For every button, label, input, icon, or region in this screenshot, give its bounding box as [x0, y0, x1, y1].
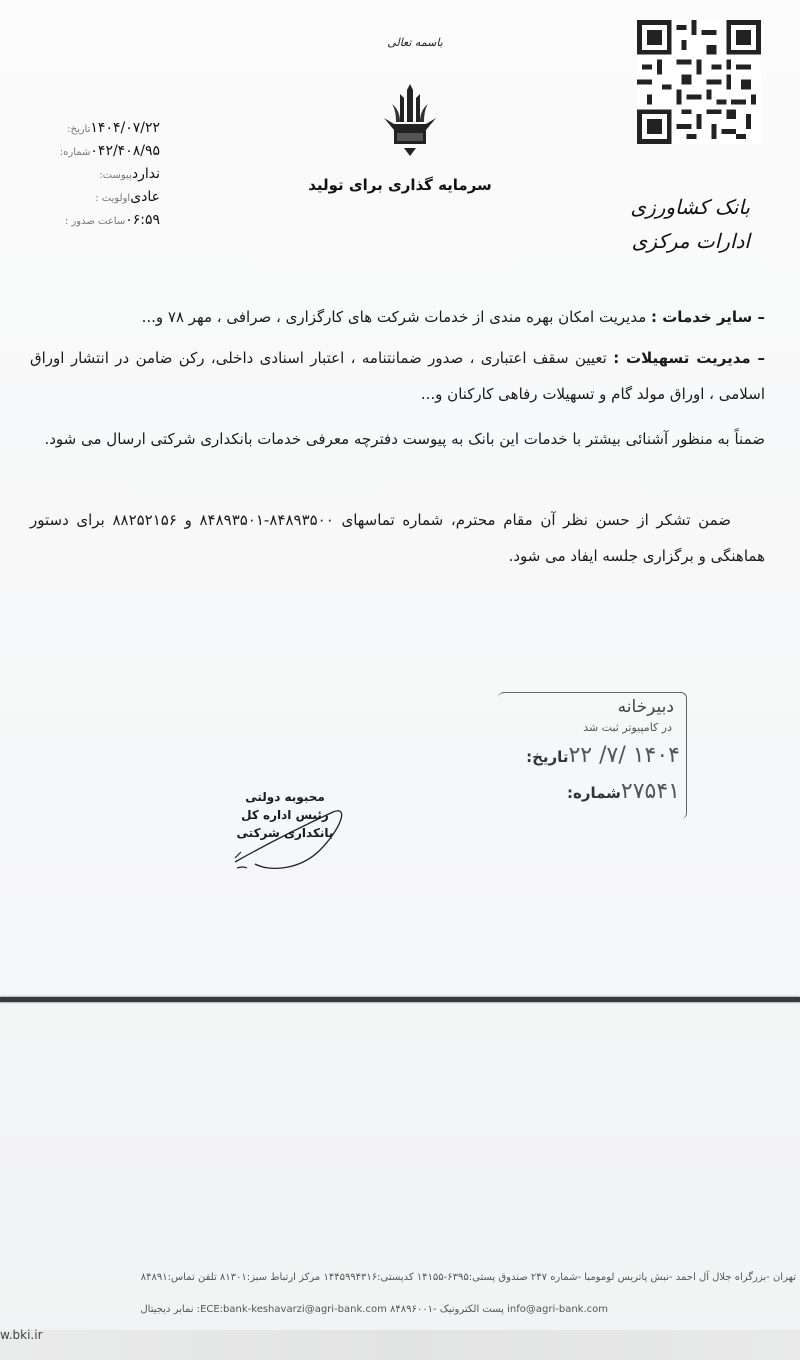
bank-name: بانک کشاورزی — [630, 190, 750, 224]
other-services-title: – سایر خدمات : — [651, 308, 765, 326]
date-value: ۱۴۰۴/۰۷/۲۲ — [90, 120, 160, 136]
date-label: تاریخ: — [67, 124, 90, 135]
number-value: ۰۴۲/۴۰۸/۹۵ — [90, 143, 160, 159]
scan-noise — [0, 1330, 800, 1360]
meta-issue-time: ساعت صدور : ۰۶:۵۹ — [20, 212, 160, 235]
bank-logo-icon — [382, 82, 438, 158]
footer-website[interactable]: w.bki.ir — [0, 1328, 43, 1342]
booklet-paragraph: ضمناً به منظور آشنائی بیشتر با خدمات این… — [30, 420, 765, 458]
other-services-text: مدیریت امکان بهره مندی از خدمات شرکت های… — [142, 308, 651, 326]
stamp-subtitle: در کامپیوتر ثبت شد — [583, 721, 672, 734]
stamp-title: دبیرخانه — [618, 697, 674, 717]
meta-date: تاریخ: ۱۴۰۴/۰۷/۲۲ — [20, 120, 160, 143]
priority-label: اولویت : — [95, 193, 130, 204]
stamp-number-value: ۲۷۵۴۱ — [621, 779, 680, 804]
secretariat-stamp: دبیرخانه در کامپیوتر ثبت شد تاریخ: ۱۴۰۴ … — [498, 692, 687, 819]
issue-time-label: ساعت صدور : — [65, 216, 125, 227]
qr-code-icon — [637, 20, 761, 144]
footer-contact: info@agri-bank.com پست الکترونیک -ECE:ba… — [0, 1304, 608, 1315]
page-divider — [0, 997, 800, 1002]
attachment-value: ندارد — [132, 166, 160, 182]
letter-meta: تاریخ: ۱۴۰۴/۰۷/۲۲ شماره: ۰۴۲/۴۰۸/۹۵ پیوس… — [20, 120, 160, 235]
stamp-date-value: ۱۴۰۴ /۷/ ۲۲ — [568, 743, 680, 768]
invocation-text: باسمه تعالی — [370, 36, 460, 49]
stamp-date-row: تاریخ: ۱۴۰۴ /۷/ ۲۲ — [516, 743, 680, 768]
handwritten-signature-icon — [225, 800, 355, 880]
other-services-paragraph: – سایر خدمات : مدیریت امکان بهره مندی از… — [30, 302, 765, 332]
letter-page: باسمه تعالی سرمایه گذاری برای تولید بانک… — [0, 0, 800, 1360]
issue-time-value: ۰۶:۵۹ — [125, 212, 160, 228]
stamp-number-label: شماره: — [567, 784, 621, 802]
meta-priority: اولویت : عادی — [20, 189, 160, 212]
meta-number: شماره: ۰۴۲/۴۰۸/۹۵ — [20, 143, 160, 166]
department-name: ادارات مرکزی — [630, 224, 750, 258]
priority-value: عادی — [130, 189, 160, 205]
thanks-paragraph: ضمن تشکر از حسن نظر آن مقام محترم، شماره… — [30, 502, 765, 574]
stamp-number-row: شماره: ۲۷۵۴۱ — [557, 779, 680, 804]
attachment-label: پیوست: — [99, 170, 132, 181]
number-label: شماره: — [60, 147, 91, 158]
bank-name-block: بانک کشاورزی ادارات مرکزی — [630, 190, 750, 258]
stamp-date-label: تاریخ: — [526, 748, 568, 766]
facilities-title: – مدیریت تسهیلات : — [613, 349, 765, 367]
meta-attachment: پیوست: ندارد — [20, 166, 160, 189]
slogan-text: سرمایه گذاری برای تولید — [300, 176, 500, 194]
footer-address: تهران -بزرگراه جلال آل احمد -نبش پاتریس … — [0, 1272, 796, 1283]
facilities-paragraph: – مدیریت تسهیلات : تعیین سقف اعتباری ، ص… — [30, 340, 765, 412]
